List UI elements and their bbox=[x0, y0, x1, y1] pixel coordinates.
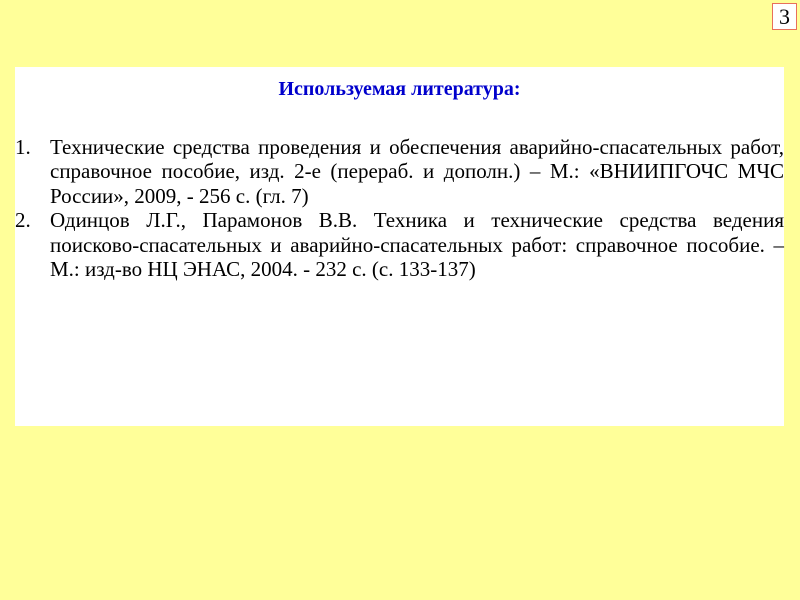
page-number: 3 bbox=[772, 3, 797, 30]
reference-text: Одинцов Л.Г., Парамонов В.В. Техника и т… bbox=[50, 208, 784, 281]
reference-item: 1. Технические средства проведения и обе… bbox=[15, 135, 784, 208]
reference-list: 1. Технические средства проведения и обе… bbox=[15, 135, 784, 281]
reference-number: 2. bbox=[15, 208, 31, 232]
reference-text: Технические средства проведения и обеспе… bbox=[50, 135, 784, 208]
content-panel: Используемая литература: 1. Технические … bbox=[15, 67, 784, 426]
page-title: Используемая литература: bbox=[15, 77, 784, 101]
reference-number: 1. bbox=[15, 135, 31, 159]
reference-item: 2. Одинцов Л.Г., Парамонов В.В. Техника … bbox=[15, 208, 784, 281]
